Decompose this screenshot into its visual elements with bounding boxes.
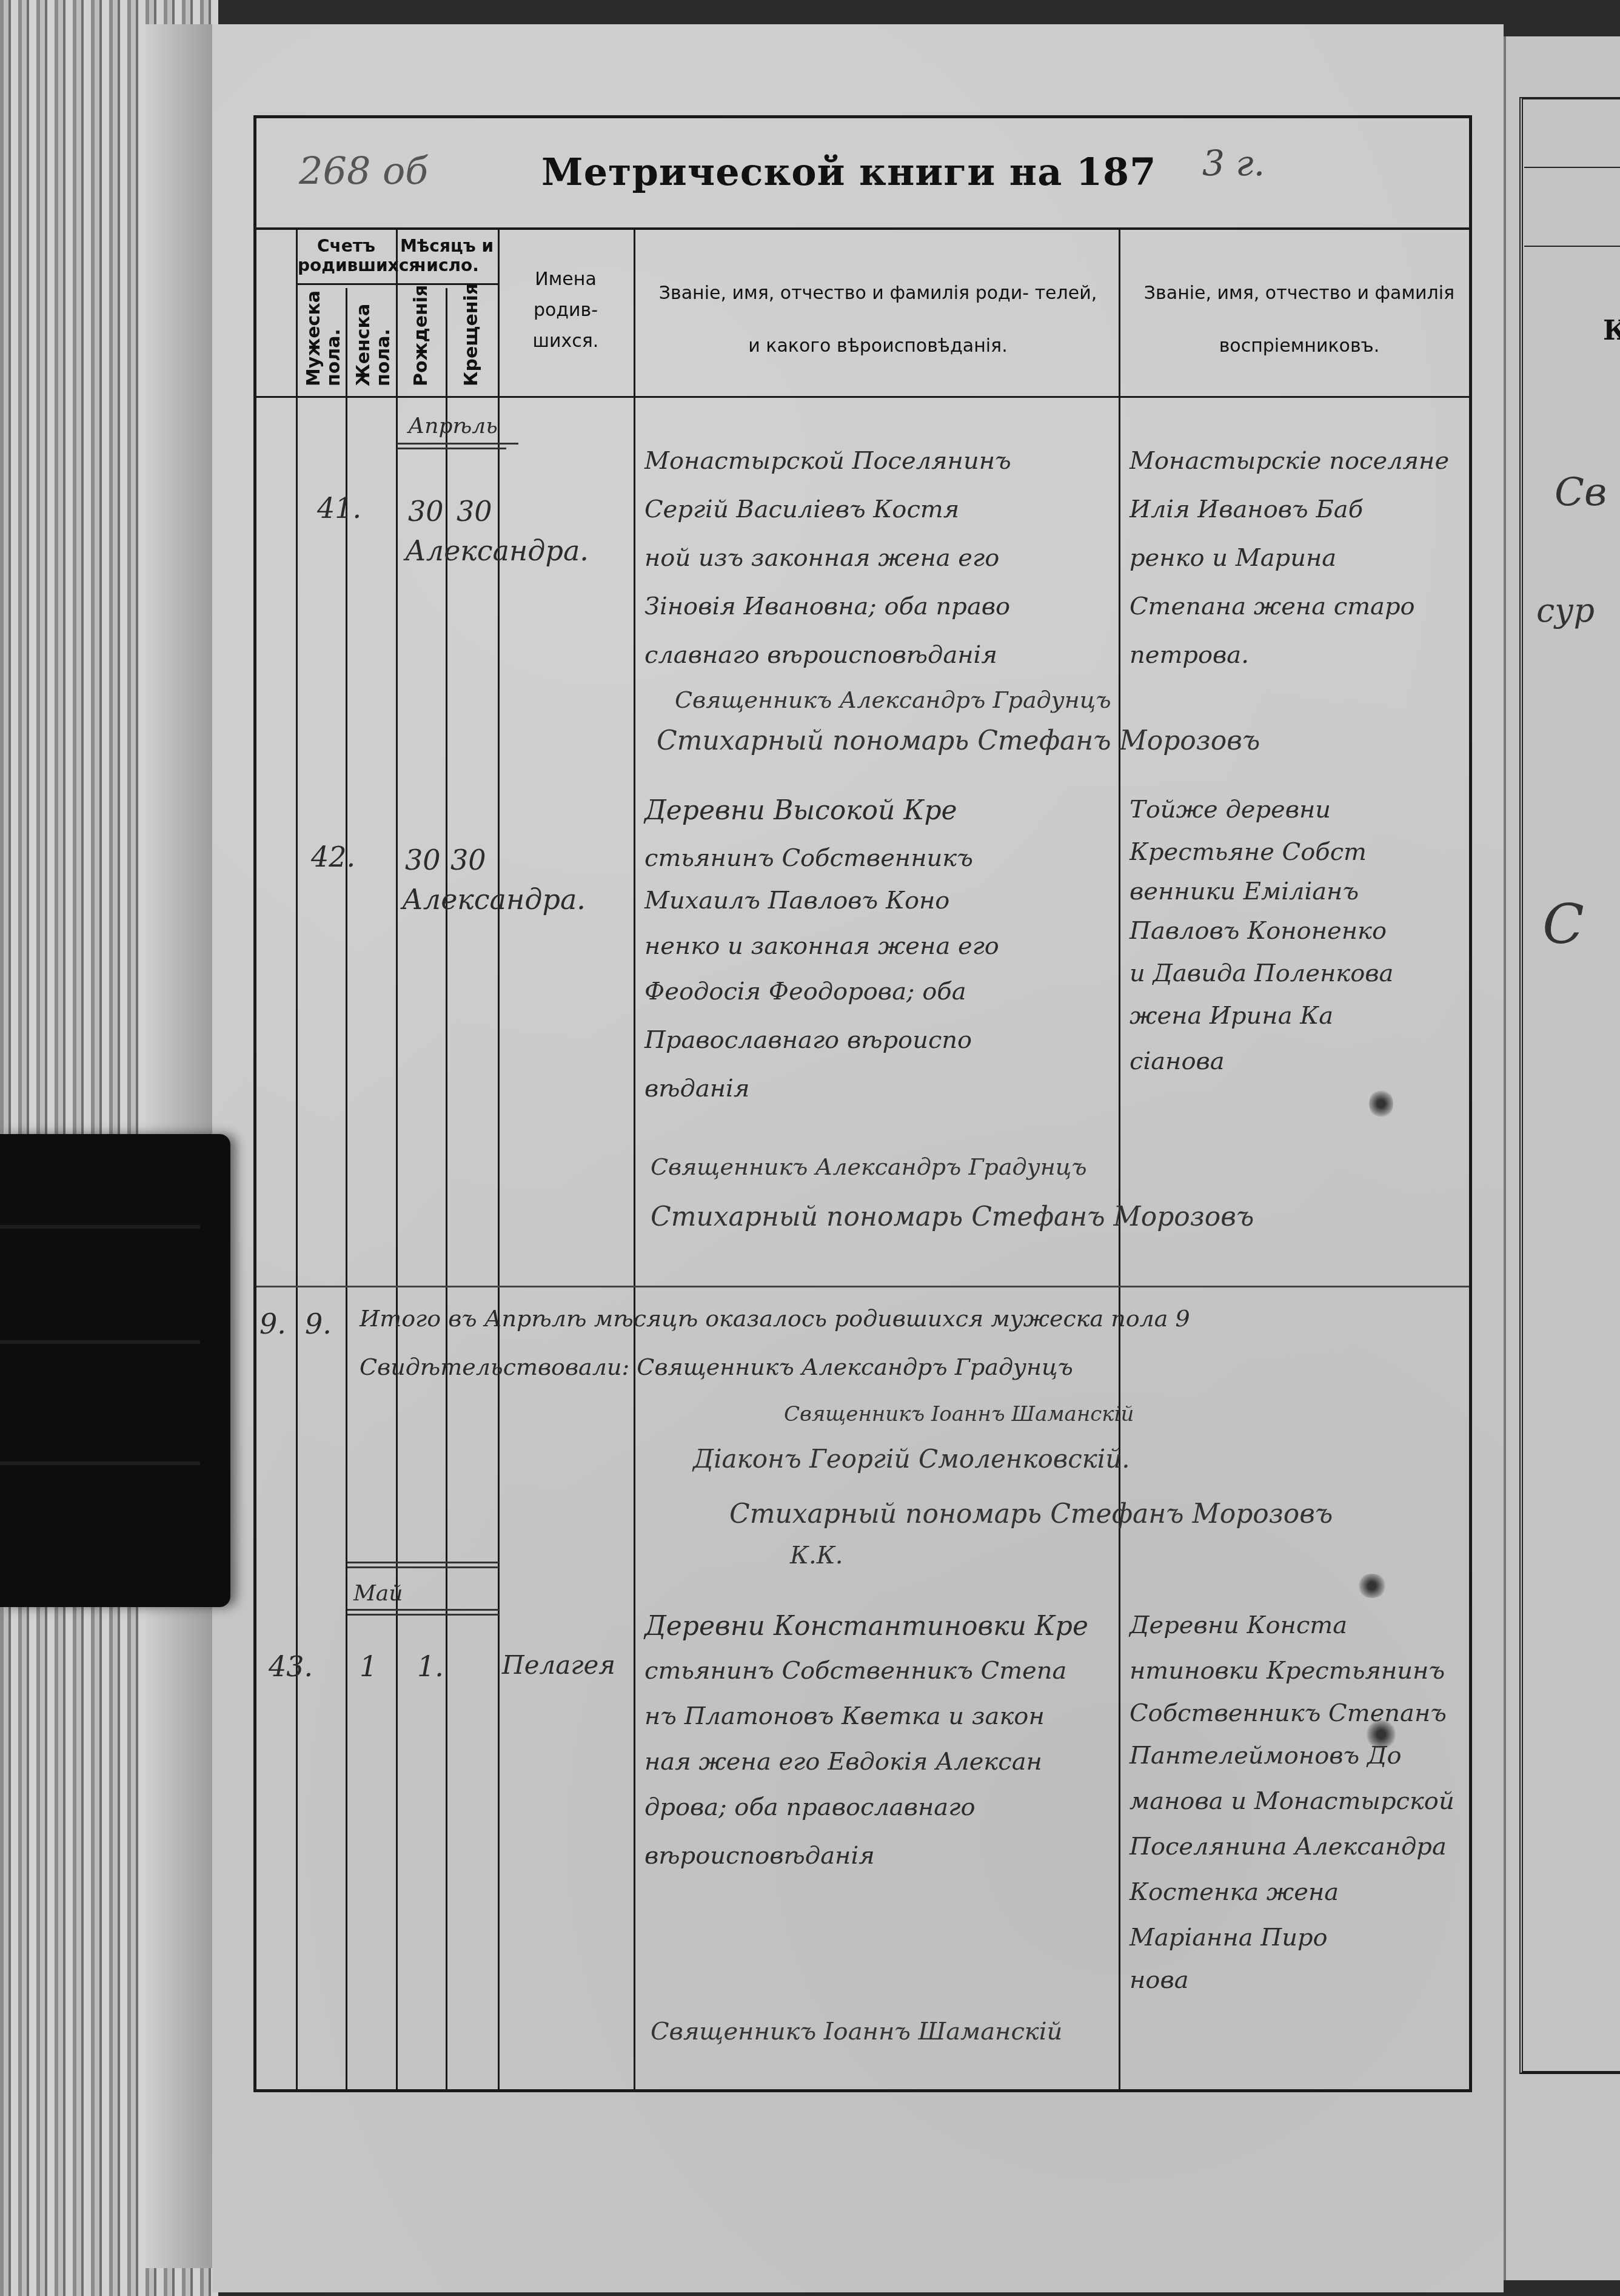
month-marker-may: Май	[353, 1583, 403, 1605]
adjacent-page-frame	[1519, 97, 1620, 2074]
entry-41-parents-line: Монастырской Поселянинъ	[644, 449, 1011, 473]
register-table: 268 об Метрической книги на 187 3 г. Сче…	[253, 115, 1472, 2092]
entry-43-number: 43.	[269, 1653, 313, 1680]
entry-43-baptism-day: 1.	[417, 1653, 444, 1680]
entry-42-godparents-line: и Давида Поленкова	[1130, 961, 1393, 985]
month-underline	[397, 448, 506, 449]
clamp-band	[0, 1225, 200, 1229]
month-rule	[347, 1562, 499, 1563]
page-title: Метрической книги на 187	[541, 150, 1156, 194]
entry-42-godparents-line: Тойже деревни	[1130, 797, 1331, 822]
entry-43-godparents-line: Деревни Конста	[1130, 1613, 1347, 1637]
clamp-band	[0, 1340, 200, 1344]
ink-blot	[1366, 1719, 1396, 1750]
month-summary-rule	[256, 1286, 1469, 1287]
entry-43-godparents-line: Костенка жена	[1130, 1880, 1339, 1904]
entry-43-parents-line: Деревни Константиновки Кре	[644, 1613, 1088, 1640]
summary-text-line2: Свидѣтельствовали: Священникъ Александръ…	[360, 1355, 1073, 1378]
entry-42-signature-priest: Священникъ Александръ Градунцъ	[651, 1155, 1087, 1178]
entry-41-parents-line: Зіновія Ивановна; оба право	[644, 594, 1010, 619]
entry-41-godparents-line: Илія Ивановъ Баб	[1130, 497, 1363, 522]
entry-41-parents-line: ной изъ законная жена его	[644, 546, 999, 570]
entry-42-parents-line: стьянинъ Собственникъ	[644, 846, 973, 870]
col-divider	[346, 288, 347, 2089]
entry-41-godparents-line: петрова.	[1130, 643, 1249, 667]
month-rule	[347, 1566, 499, 1568]
clamp-band	[0, 1462, 200, 1465]
entry-42-parents-line: ненко и законная жена его	[644, 934, 999, 958]
col-divider	[634, 227, 635, 2089]
entry-42-godparents-line: сіанова	[1130, 1049, 1225, 1073]
entry-42-parents-line: Деревни Высокой Кре	[644, 797, 957, 824]
header-baptism: Крещенія	[461, 295, 486, 386]
entry-43-signature-priest: Священникъ Іоаннъ Шаманскій	[651, 2019, 1062, 2044]
entry-42-godparents-line: жена Ирина Ка	[1130, 1004, 1333, 1028]
binding-clamp	[0, 1134, 230, 1607]
header-names: Имена родив- шихся.	[502, 264, 629, 357]
adjacent-handwriting: Св	[1555, 473, 1607, 512]
summary-count-female: 9.	[305, 1310, 332, 1338]
entry-42-parents-line: Феодосія Феодорова; оба	[644, 979, 966, 1004]
summary-text-line1: Итого въ Апрѣлѣ мѣсяцѣ оказалось родивши…	[360, 1307, 1190, 1330]
month-underline	[397, 443, 518, 445]
header-month-group: Мѣсяцъ и число.	[398, 237, 496, 275]
month-rule	[347, 1609, 499, 1611]
month-rule	[347, 1614, 499, 1616]
header-count-group: Счетъ родившихся.	[298, 237, 395, 275]
header-bottom-rule	[256, 396, 1469, 398]
summary-signature-priest: Священникъ Іоаннъ Шаманскій	[784, 1404, 1134, 1425]
entry-42-name: Александра.	[402, 885, 586, 913]
summary-initials: К.К.	[790, 1543, 843, 1568]
entry-42-godparents-line: Павловъ Кононенко	[1130, 919, 1387, 943]
entry-41-signature-sexton: Стихарный пономарь Стефанъ Морозовъ	[657, 728, 1260, 754]
ink-blot	[1369, 1089, 1393, 1119]
header-parents: Званіе, имя, отчество и фамилія роди- те…	[657, 267, 1099, 372]
entry-43-name: Пелагея	[502, 1653, 615, 1678]
entry-42-godparents-line: Крестьяне Собст	[1130, 840, 1367, 864]
title-row: 268 об Метрической книги на 187 3 г.	[256, 118, 1469, 230]
entry-41-godparents-line: Монастырскіе поселяне	[1130, 449, 1449, 473]
col-divider	[396, 227, 398, 2089]
ink-blot	[1357, 1574, 1387, 1598]
entry-43-godparents-line: Маріанна Пиро	[1130, 1925, 1328, 1950]
entry-42-birth-day: 30	[405, 846, 441, 874]
entry-42-godparents-line: венники Еміліанъ	[1130, 879, 1359, 904]
title-year-handwritten: 3 г.	[1202, 143, 1265, 184]
col-divider	[498, 227, 500, 2089]
adjacent-rule	[1524, 167, 1620, 168]
entry-43-godparents-line: манова и Монастырской	[1130, 1789, 1454, 1813]
entry-43-parents-line: дрова; оба православнаго	[644, 1795, 976, 1819]
entry-42-parents-line: Михаилъ Павловъ Коно	[644, 888, 949, 913]
entry-42-baptism-day: 30	[450, 846, 486, 874]
adjacent-page: К Св сур С	[1504, 36, 1620, 2280]
entry-42-signature-sexton: Стихарный пономарь Стефанъ Морозовъ	[651, 1204, 1254, 1230]
entry-43-birth-day: 1	[360, 1653, 377, 1680]
entry-41-signature-priest: Священникъ Александръ Градунцъ	[675, 688, 1111, 711]
entry-41-number: 41.	[317, 494, 361, 522]
summary-signature-deacon: Діаконъ Георгій Смоленковскій.	[693, 1446, 1130, 1472]
entry-41-name: Александра.	[405, 537, 589, 565]
col-divider	[1119, 227, 1120, 2089]
entry-41-parents-line: славнаго вѣроисповѣданія	[644, 643, 997, 667]
entry-43-godparents-line: Поселянина Александра	[1130, 1834, 1447, 1859]
entry-43-godparents-line: нова	[1130, 1968, 1189, 1992]
month-marker-april: Апрѣль	[408, 415, 498, 437]
entry-42-parents-line: вѣданія	[644, 1076, 749, 1101]
header-count-female: Женска пола.	[353, 295, 390, 386]
entry-41-godparents-line: Степана жена старо	[1130, 594, 1415, 619]
entry-43-godparents-line: Собственникъ Степанъ	[1130, 1701, 1447, 1725]
adjacent-header-fragment: К	[1603, 315, 1620, 346]
summary-count-male: 9.	[259, 1310, 286, 1338]
entry-43-parents-line: стьянинъ Собственникъ Степа	[644, 1659, 1066, 1683]
header-birth: Рожденія	[411, 295, 435, 386]
entry-42-number: 42.	[311, 843, 355, 871]
header-godparents: Званіе, имя, отчество и фамилія воспріем…	[1136, 267, 1463, 372]
entry-43-parents-line: нъ Платоновъ Кветка и закон	[644, 1704, 1045, 1728]
entry-41-birth-day: 30	[408, 497, 444, 525]
col-divider	[296, 227, 298, 2089]
entry-41-parents-line: Сергій Василіевъ Костя	[644, 497, 959, 522]
entry-43-parents-line: ная жена его Евдокія Алексан	[644, 1750, 1042, 1774]
adjacent-handwriting: сур	[1536, 594, 1595, 627]
entry-43-parents-line: вѣроисповѣданія	[644, 1844, 875, 1868]
entry-43-godparents-line: Пантелеймоновъ До	[1130, 1744, 1402, 1768]
entry-42-parents-line: Православнаго вѣроиспо	[644, 1028, 972, 1052]
header-count-male: Мужеска пола.	[304, 295, 340, 386]
adjacent-rule	[1524, 246, 1620, 247]
entry-43-godparents-line: нтиновки Крестьянинъ	[1130, 1659, 1445, 1683]
adjacent-handwriting: С	[1542, 898, 1584, 952]
archive-folio-number: 268 об	[299, 149, 428, 193]
summary-signature-sexton: Стихарный пономарь Стефанъ Морозовъ	[729, 1501, 1333, 1528]
entry-41-godparents-line: ренко и Марина	[1130, 546, 1336, 570]
entry-41-baptism-day: 30	[457, 497, 492, 525]
